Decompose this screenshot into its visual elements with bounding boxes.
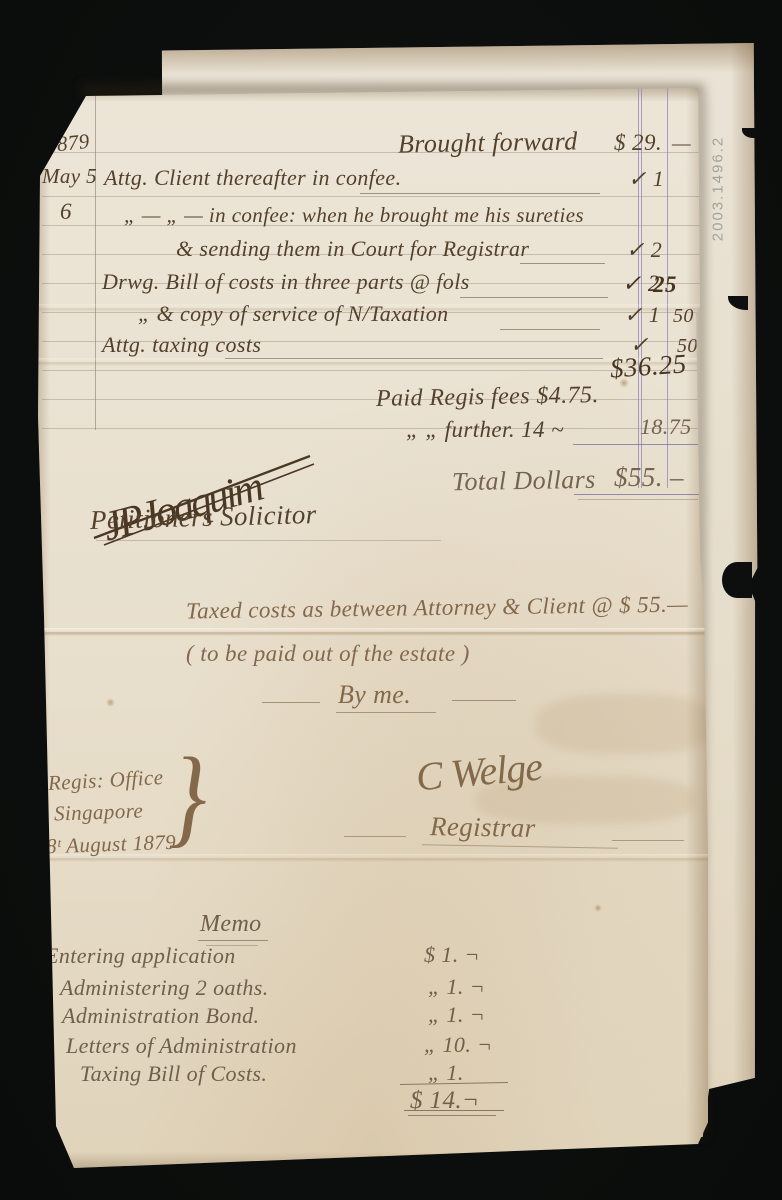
paid-fees-line: Paid Regis fees $4.75. xyxy=(376,383,599,411)
memo-item-label: Letters of Administration xyxy=(66,1035,297,1057)
memo-item-label: Taxing Bill of Costs. xyxy=(80,1063,267,1085)
memo-title: Memo xyxy=(200,912,262,936)
registrar-dash-left xyxy=(344,836,406,837)
taxation-by-me: By me. xyxy=(338,682,411,708)
memo-item-label: Administering 2 oaths. xyxy=(60,977,269,999)
ink-bleedthrough xyxy=(536,694,716,754)
memo-item-label: Entering application xyxy=(45,945,236,967)
solicitor-title: Petitioners Solicitor xyxy=(90,501,317,534)
fill-line xyxy=(500,329,600,330)
taxation-line-1: Taxed costs as between Attorney & Client… xyxy=(186,592,688,622)
fill-line xyxy=(460,297,608,298)
further-amount: 18.75 xyxy=(640,416,692,438)
ruled-line xyxy=(42,196,700,197)
memo-total-underline-2 xyxy=(408,1115,496,1116)
registrar-title: Registrar xyxy=(430,813,536,842)
sheet-bottom-shade xyxy=(36,1152,708,1170)
ruled-line xyxy=(42,370,700,371)
catalog-number: 2003.1496.2 xyxy=(710,99,727,279)
further-line: „ „ further. 14 ~ xyxy=(406,418,564,441)
by-me-dash-right xyxy=(452,700,516,701)
fill-line xyxy=(360,193,600,194)
by-me-dash-left xyxy=(262,702,320,703)
back-sheet-top-shadow xyxy=(160,43,756,75)
memo-item-label: Administration Bond. xyxy=(62,1005,259,1027)
ledger-amount: ✓ 1 xyxy=(624,304,660,326)
ledger-row: Attg. taxing costs xyxy=(102,334,261,356)
solicitor-signature: JPJoaquim xyxy=(78,442,328,552)
ledger-row: & sending them in Court for Registrar xyxy=(176,238,529,260)
fold-crease xyxy=(36,358,708,366)
by-me-underline xyxy=(336,712,436,713)
ruled-line xyxy=(42,428,700,429)
ledger-date: 6 xyxy=(60,200,72,223)
ledger-amount: ✓ 1 xyxy=(628,168,664,190)
registrar-underline xyxy=(422,844,618,848)
ledger-year: 1879 xyxy=(45,131,91,156)
margin-rule xyxy=(95,92,96,430)
ledger-row: „ & copy of service of N/Taxation xyxy=(138,303,449,325)
ledger-row: Drwg. Bill of costs in three parts @ fol… xyxy=(102,271,470,293)
foxing-spot xyxy=(106,698,115,707)
document-sheet: 1879 May 5 6 Brought forward $ 29. — Att… xyxy=(36,86,708,1170)
fold-crease xyxy=(36,628,708,636)
fill-line xyxy=(520,263,605,264)
memo-item-amount: „ 1. xyxy=(428,1062,464,1084)
total-rule xyxy=(574,494,706,495)
ledger-amount-cents: 25 xyxy=(653,273,677,296)
ledger-amount-cents: 50 xyxy=(673,306,694,326)
ledger-row: Attg. Client thereafter in confee. xyxy=(104,167,402,189)
ledger-row: Brought forward xyxy=(398,128,578,157)
memo-title-underline xyxy=(198,940,268,941)
total-amount: $55. – xyxy=(614,464,684,491)
memo-item-amount: „ 1. ¬ xyxy=(428,1004,485,1026)
registry-office-line-2: Singapore xyxy=(54,800,144,824)
fold-crease xyxy=(36,854,708,862)
memo-item-amount: „ 10. ¬ xyxy=(424,1034,492,1056)
memo-item-amount: $ 1. ¬ xyxy=(424,944,480,966)
total-rule-2 xyxy=(578,499,698,500)
ledger-date: May 5 xyxy=(42,166,97,187)
ledger-subtotal: $36.25 xyxy=(609,350,687,382)
ruled-line xyxy=(42,152,700,153)
ledger-amount: $ 29. xyxy=(614,131,662,154)
sum-rule xyxy=(573,444,707,445)
foxing-spot xyxy=(594,904,602,912)
registry-brace: } xyxy=(168,741,207,851)
registry-office-line-3: 8ᵗ August 1879 xyxy=(46,832,177,858)
memo-item-amount: „ 1. ¬ xyxy=(428,976,485,998)
ruled-line xyxy=(42,399,700,400)
ledger-amount: ✓ 2 xyxy=(626,239,662,261)
registrar-dash-right xyxy=(612,840,684,841)
registry-office-line-1: Regis: Office xyxy=(48,767,164,794)
registrar-signature: C Welge xyxy=(414,747,543,798)
edge-notch xyxy=(722,562,752,598)
ledger-amount-cents: — xyxy=(672,133,691,154)
total-label: Total Dollars xyxy=(452,467,596,496)
taxation-line-2: ( to be paid out of the estate ) xyxy=(186,642,470,665)
fill-line xyxy=(225,358,603,359)
photograph-background: 2003.1496.2 1879 xyxy=(0,0,782,1200)
ledger-row: „ — „ — in confee: when he brought me hi… xyxy=(124,205,584,226)
fill-line xyxy=(96,540,441,541)
memo-total-underline xyxy=(404,1110,504,1111)
